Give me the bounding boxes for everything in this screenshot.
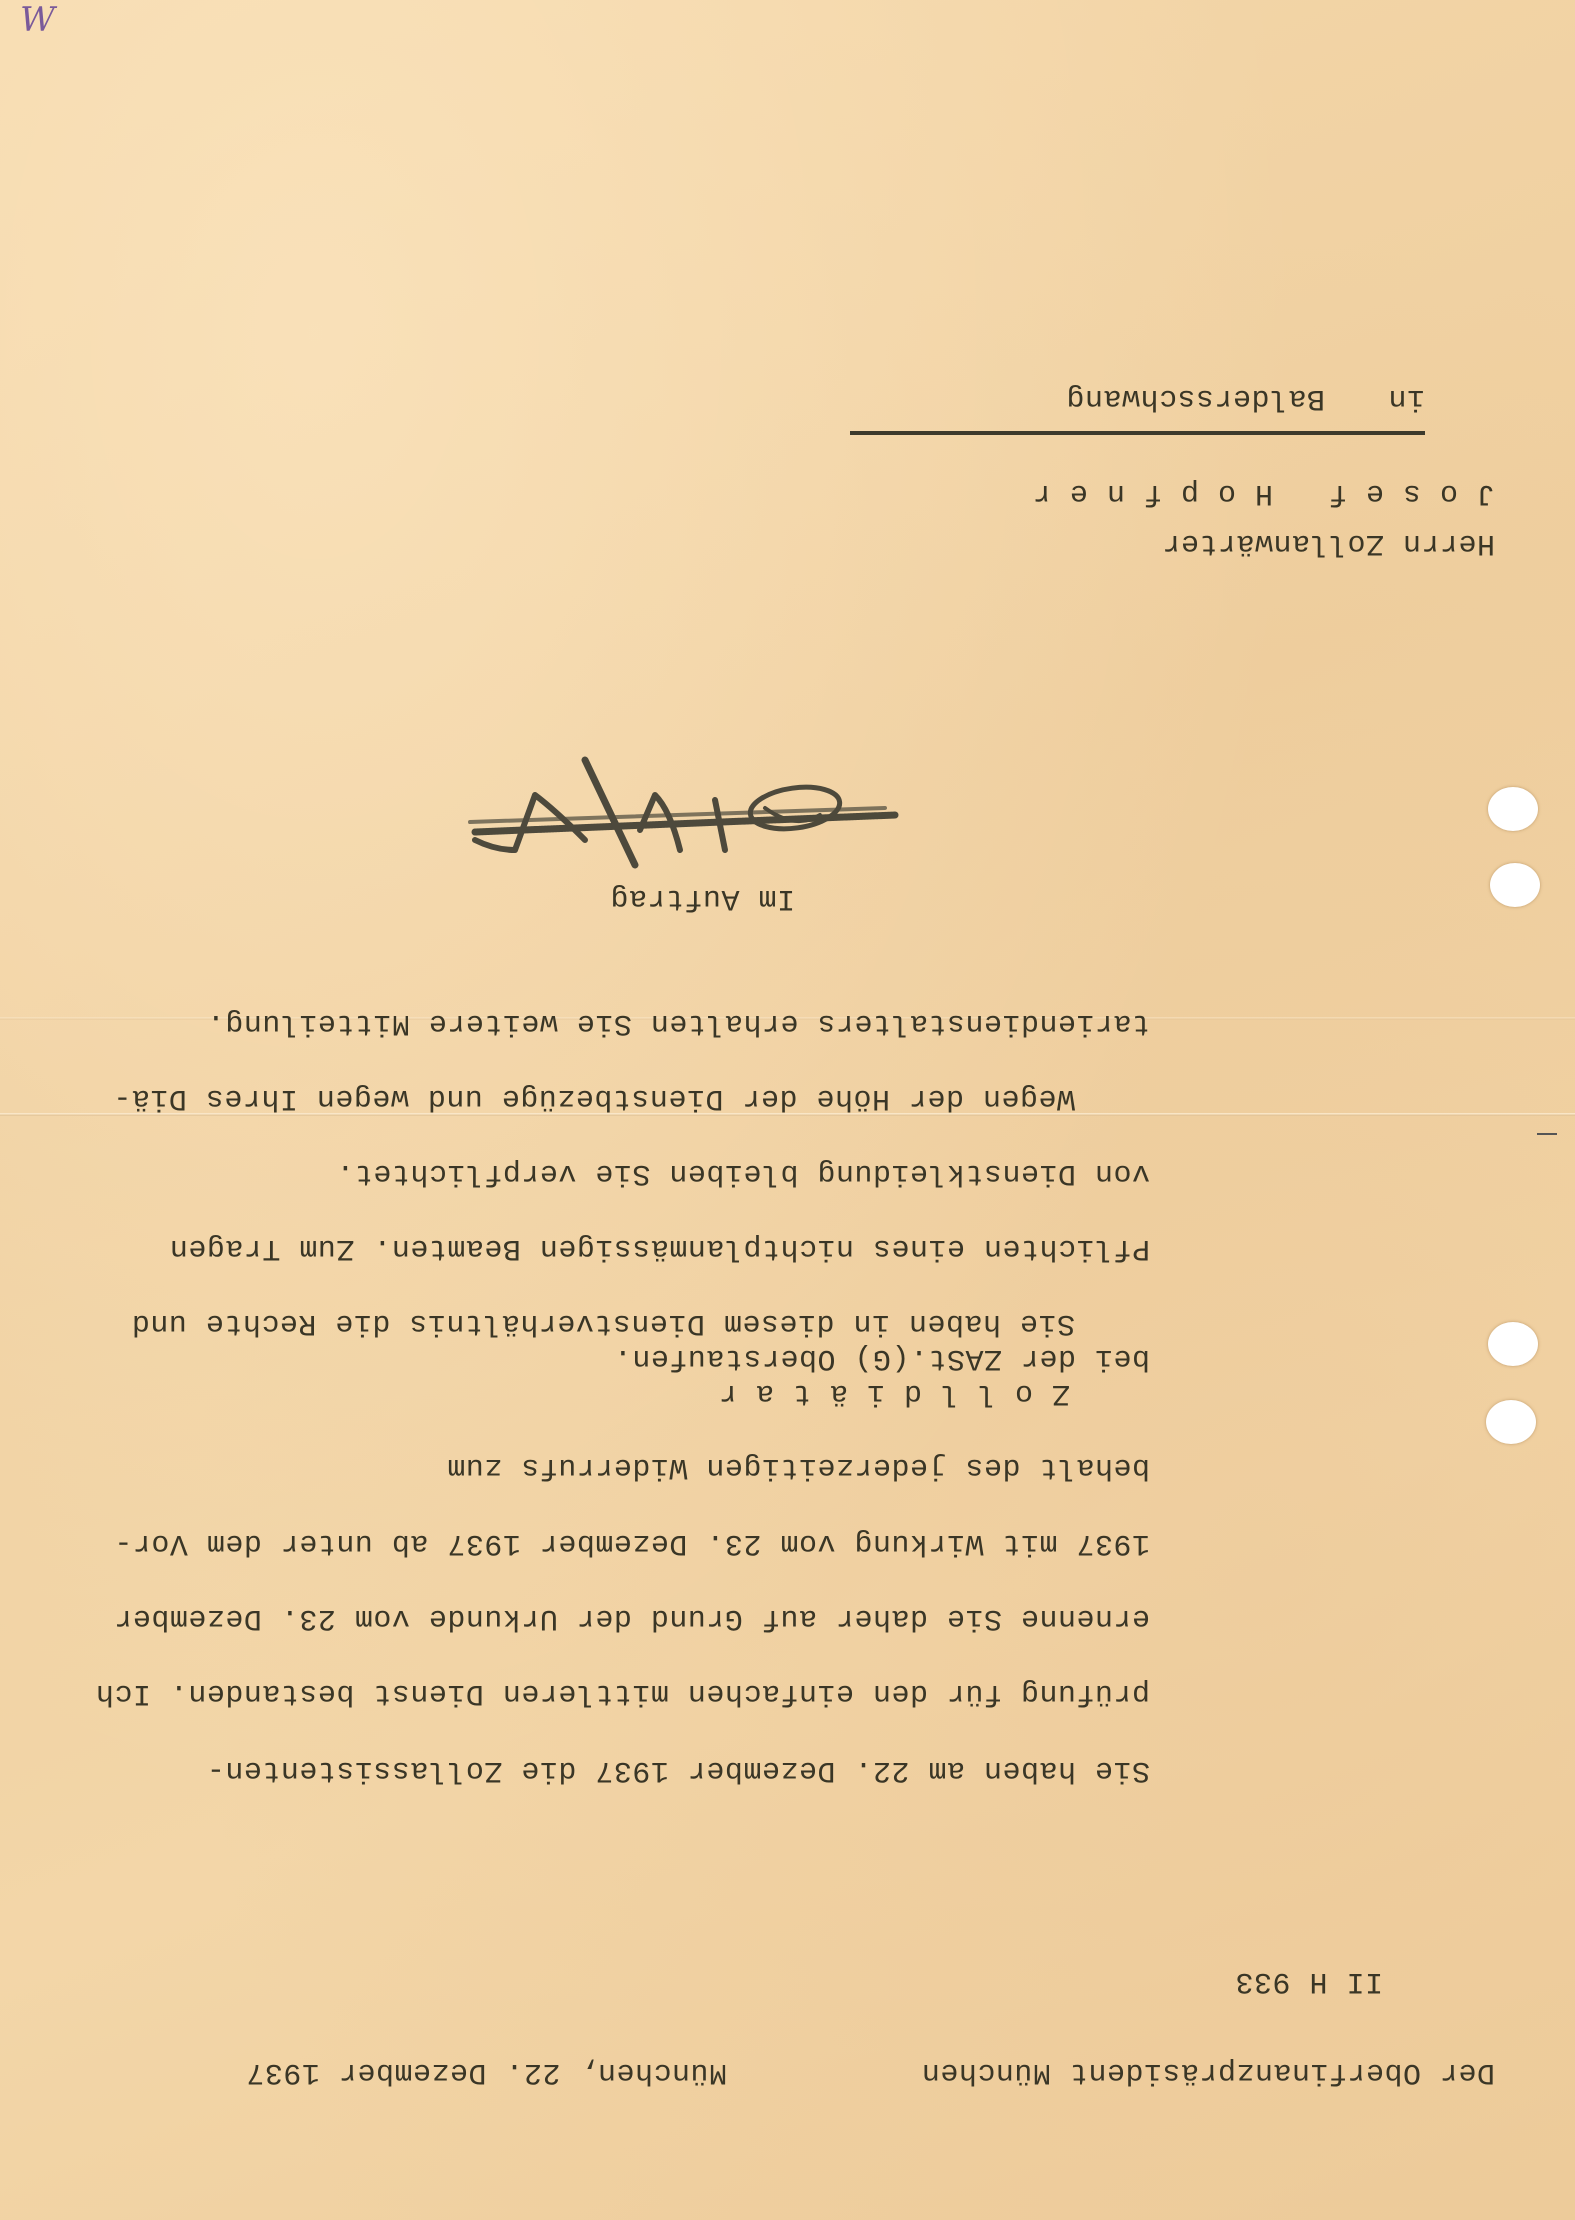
body-line: tariendienstalters erhalten Sie weitere … <box>206 1006 1150 1040</box>
body-line: von Dienstkleidung bleiben Sie verpflich… <box>336 1156 1150 1190</box>
address-underline <box>850 431 1425 435</box>
place-date: München, 22. Dezember 1937 <box>246 2055 727 2089</box>
body-line: Sie haben am 22. Dezember 1937 die Zolla… <box>206 1753 1150 1787</box>
appointment-location: bei der ZASt.(G) Oberstaufen. <box>613 1341 1150 1375</box>
recipient-title: Herrn Zollanwärter <box>1162 526 1495 560</box>
body-line: 1937 mit Wirkung vom 23. Dezember 1937 a… <box>114 1526 1150 1560</box>
signature <box>445 750 915 870</box>
body-line: Pflichten eines nichtplanmässigen Beamte… <box>169 1231 1150 1265</box>
sender-name: Der Oberfinanzpräsident München <box>921 2055 1495 2089</box>
body-line: Sie haben in diesem Dienstverhältnis die… <box>131 1306 1075 1340</box>
recipient-name: J o s e f H o p f n e r <box>1032 476 1495 510</box>
body-line: ernenne Sie daher auf Grund der Urkunde … <box>114 1601 1150 1635</box>
recipient-location: Baldersschwang <box>1066 381 1325 415</box>
reference-number: II H 933 <box>1235 1964 1383 1998</box>
body-line: prüfung für den einfachen mittleren Dien… <box>95 1676 1150 1710</box>
appointment-title: Z o l l d i ä t a r <box>718 1376 1070 1410</box>
letter-page: W Der Oberfinanzpräsident München Münche… <box>0 0 1575 2220</box>
body-line: behalt des jederzeitigen Widerrufs zum <box>447 1450 1150 1484</box>
closing-phrase: Im Auftrag <box>610 881 795 915</box>
body-line: Wegen der Höhe der Dienstbezüge und wege… <box>113 1081 1075 1115</box>
recipient-location-prefix: in <box>1388 381 1425 415</box>
letter-content: Der Oberfinanzpräsident München München,… <box>0 0 1575 2220</box>
